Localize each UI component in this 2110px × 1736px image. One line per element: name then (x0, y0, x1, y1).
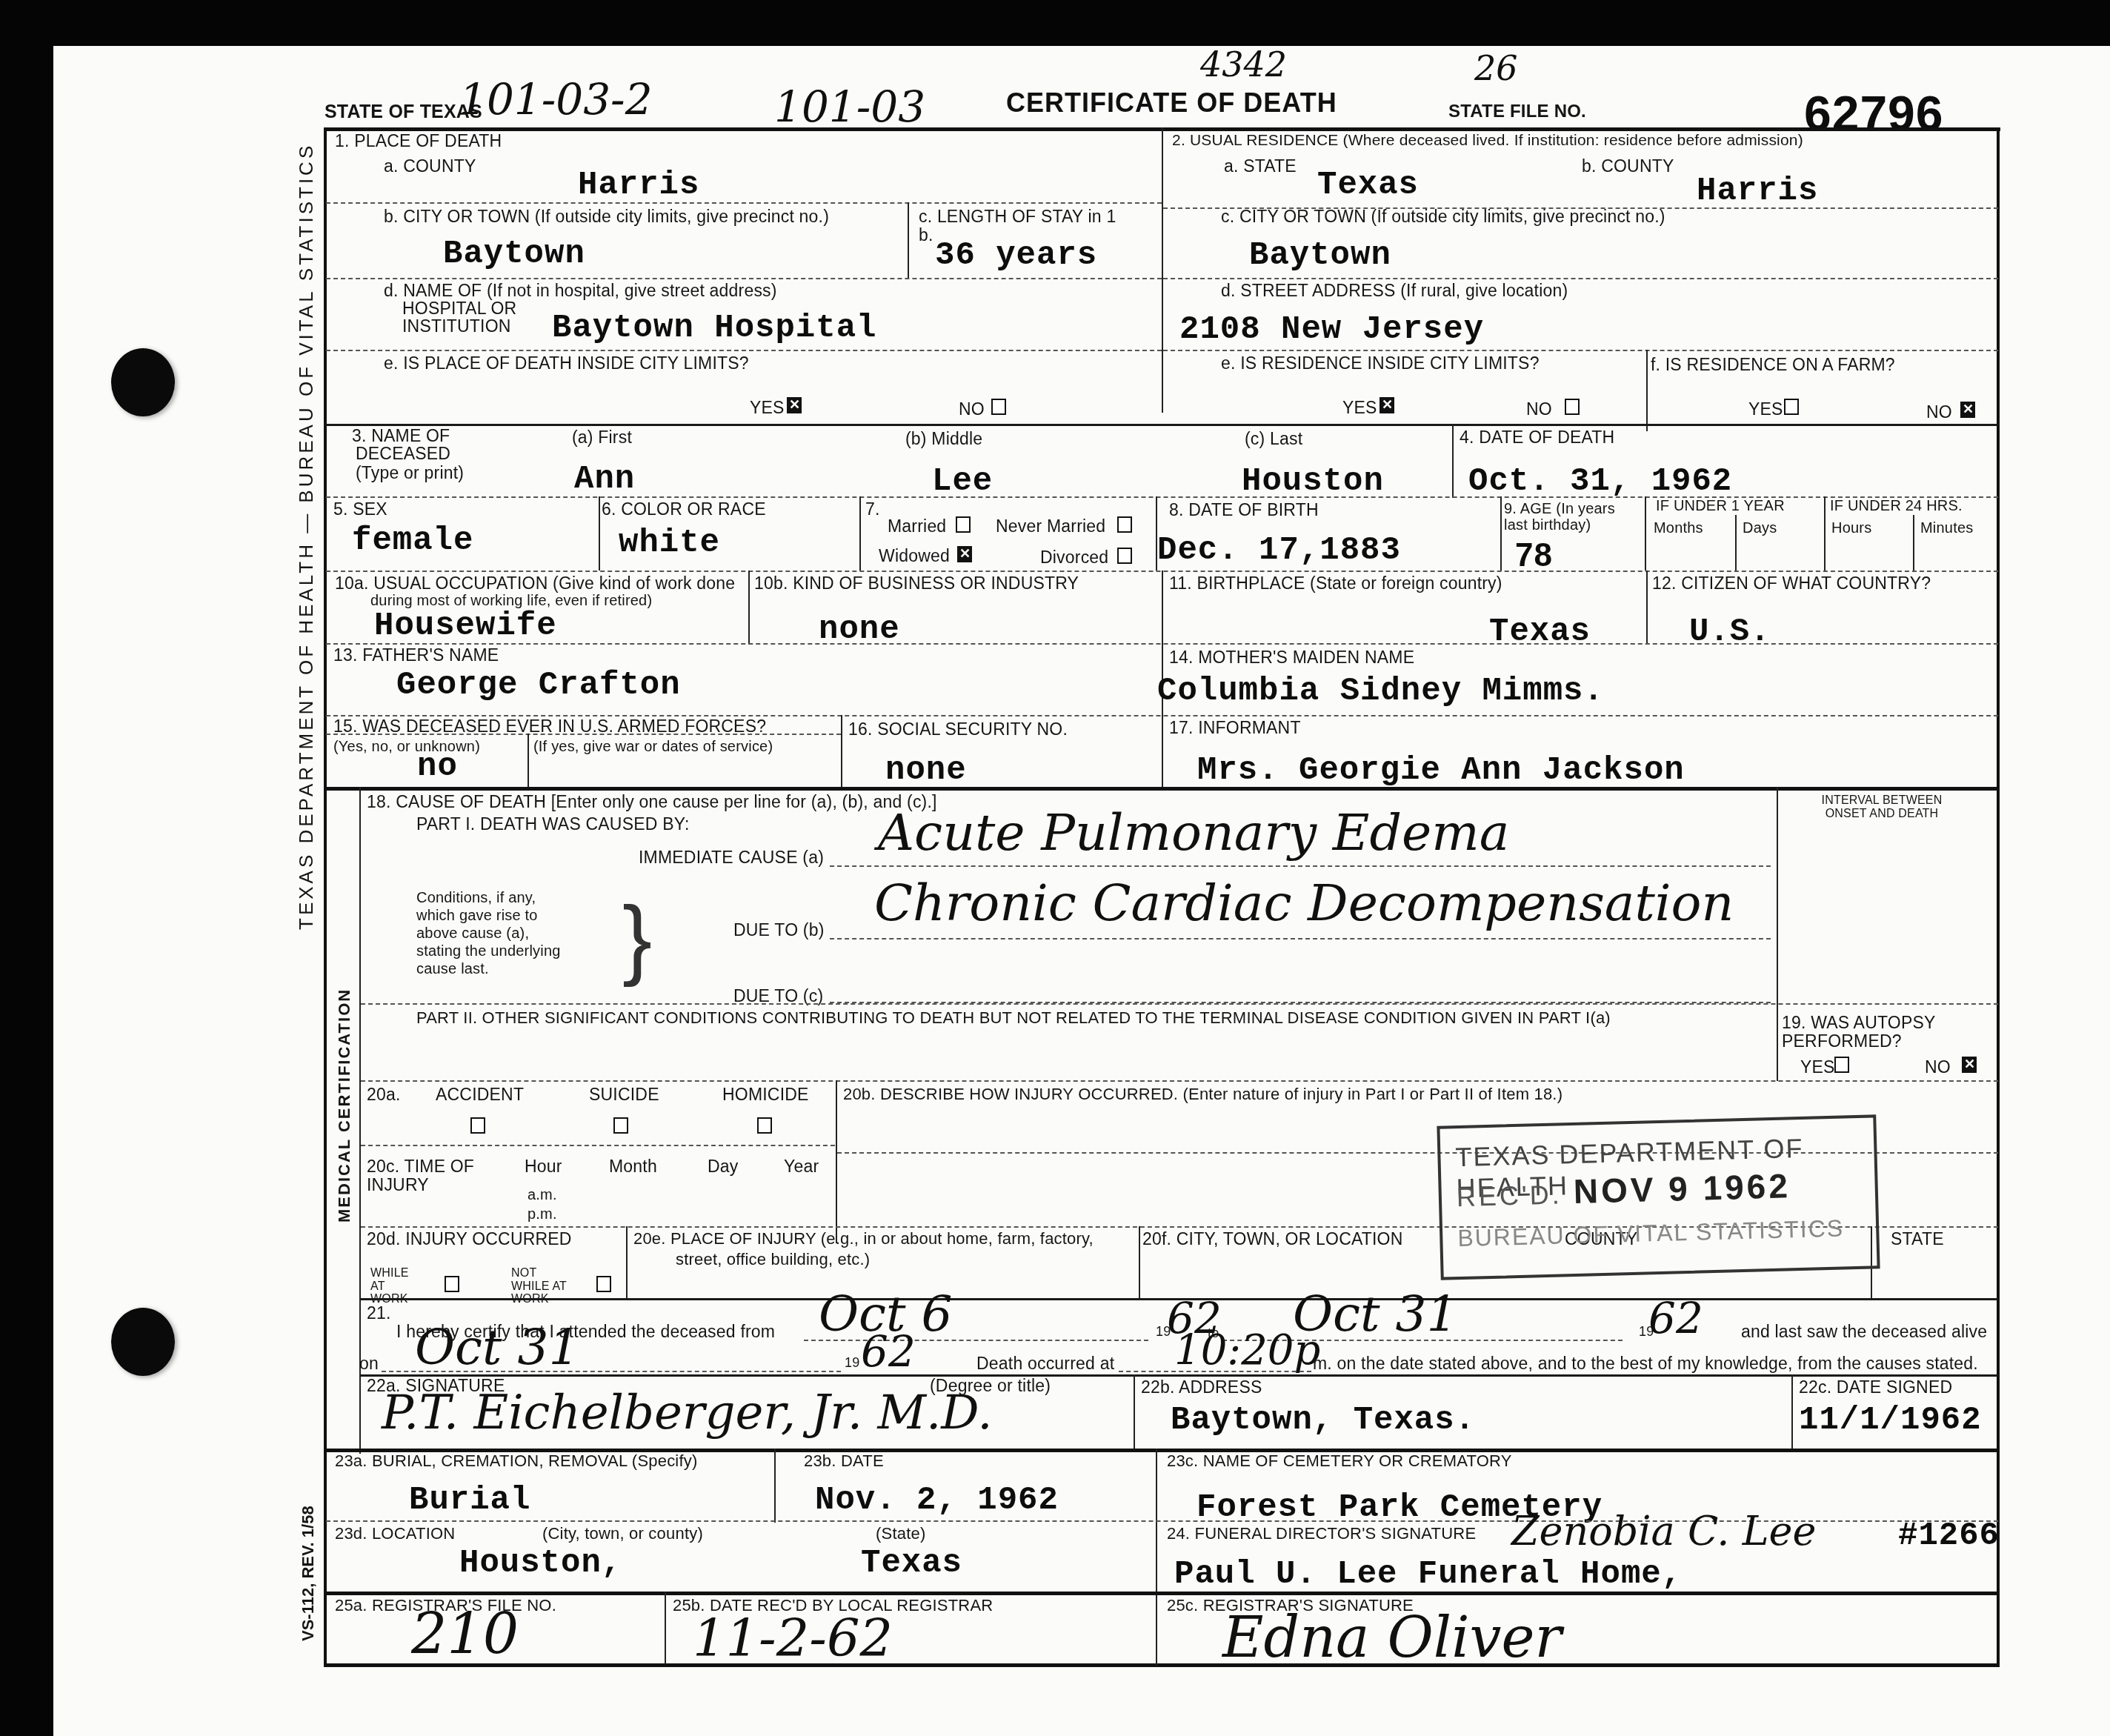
informant-label: 17. INFORMANT (1169, 719, 1301, 737)
physician-signature: P.T. Eichelberger, Jr. M.D. (382, 1386, 993, 1440)
divider (836, 1080, 837, 1243)
residence-inside-city-yes-checkbox[interactable] (1380, 397, 1394, 413)
mother-name: Columbia Sidney Mimms. (1157, 673, 1604, 710)
stamp-line-3: BUREAU OF VITAL STATISTICS (1457, 1214, 1845, 1252)
middle-name: Lee (932, 463, 993, 500)
date-of-death: Oct. 31, 1962 (1468, 463, 1732, 500)
due-to-b-label: DUE TO (b) (733, 921, 825, 939)
state-file-number: 62796 (1804, 85, 1944, 142)
frame-right (1997, 127, 2000, 1665)
autopsy-no-checkbox[interactable] (1962, 1057, 1977, 1073)
sex-label: 5. SEX (333, 500, 387, 519)
county-label: a. COUNTY (384, 157, 476, 176)
minutes-label: Minutes (1920, 520, 1973, 536)
marital-label: 7. (865, 500, 880, 519)
rule (830, 938, 1771, 939)
part-2-label: PART II. OTHER SIGNIFICANT CONDITIONS CO… (416, 1009, 1611, 1027)
funeral-director-license: #1266 (1898, 1517, 2000, 1554)
certificate-title: CERTIFICATE OF DEATH (1006, 87, 1337, 119)
place-of-injury-label: 20e. PLACE OF INJURY (e.g., in or about … (633, 1230, 1094, 1248)
armed-sub-label-2: (If yes, give war or dates of service) (533, 739, 773, 755)
length-of-stay: 36 years (935, 237, 1097, 274)
date-of-death-label: 4. DATE OF DEATH (1460, 428, 1614, 447)
widowed-label: Widowed (879, 547, 950, 565)
stamp-received-date: NOV 9 1962 (1573, 1165, 1791, 1211)
month-label: Month (609, 1157, 657, 1176)
death-occurred-label: Death occurred at (976, 1354, 1114, 1373)
occupation: Housewife (374, 608, 557, 645)
am-label: a.m. (527, 1187, 557, 1203)
divider (665, 1592, 666, 1664)
punch-hole-bottom (111, 1308, 175, 1376)
never-married-checkbox[interactable] (1117, 516, 1132, 533)
rule (326, 734, 841, 735)
under-1-year-label: IF UNDER 1 YEAR (1656, 498, 1785, 514)
residence-inside-city-yes-label: YES (1342, 399, 1377, 417)
address-label: 22b. ADDRESS (1141, 1378, 1262, 1397)
time-of-injury-label: 20c. TIME OF INJURY (367, 1157, 478, 1195)
frame-left (324, 127, 327, 1665)
mother-label: 14. MOTHER'S MAIDEN NAME (1169, 648, 1414, 667)
residence-inside-city-label: e. IS RESIDENCE INSIDE CITY LIMITS? (1221, 354, 1540, 373)
days-label: Days (1743, 520, 1777, 536)
divorced-checkbox[interactable] (1117, 548, 1132, 564)
rule (326, 278, 1162, 279)
residence-state-label: a. STATE (1224, 157, 1297, 176)
last-seen-year: 62 (861, 1326, 916, 1377)
farm-no-checkbox[interactable] (1960, 402, 1975, 418)
race-label: 6. COLOR OR RACE (602, 500, 766, 519)
occupation-label: 10a. USUAL OCCUPATION (Give kind of work… (335, 574, 735, 593)
year-label: Year (784, 1157, 819, 1176)
attended-to-year: 62 (1648, 1293, 1703, 1343)
farm-yes-checkbox[interactable] (1784, 399, 1799, 415)
describe-injury-label: 20b. DESCRIBE HOW INJURY OCCURRED. (Ente… (843, 1085, 1562, 1103)
location-sub-label: (City, town, or county) (542, 1525, 703, 1543)
first-name-label: (a) First (572, 428, 632, 447)
divider (1645, 496, 1646, 571)
hospital-name: Baytown Hospital (552, 310, 876, 347)
year-prefix-3: 19 (845, 1356, 859, 1371)
day-label: Day (708, 1157, 739, 1176)
margin-department-text: TEXAS DEPARTMENT OF HEALTH — BUREAU OF V… (295, 143, 318, 930)
hospital-label: d. NAME OF (If not in hospital, give str… (384, 282, 777, 300)
divider (1913, 515, 1914, 571)
citizenship: U.S. (1689, 613, 1771, 651)
funeral-home: Paul U. Lee Funeral Home, (1174, 1556, 1682, 1593)
certify-text-3: m. on the date stated above, and to the … (1313, 1354, 1978, 1373)
registrar-date: 11-2-62 (693, 1608, 893, 1669)
location-label: 23d. LOCATION (335, 1525, 455, 1543)
farm-yes-label: YES (1748, 400, 1783, 419)
city-label: b. CITY OR TOWN (If outside city limits,… (384, 207, 829, 226)
autopsy-label: 19. WAS AUTOPSY PERFORMED? (1782, 1014, 1989, 1051)
divider (1646, 350, 1648, 431)
informant: Mrs. Georgie Ann Jackson (1197, 752, 1685, 789)
rule (382, 1371, 841, 1372)
date-signed: 11/1/1962 (1799, 1402, 1982, 1439)
armed-sub-label-1: (Yes, no, or unknown) (333, 739, 480, 755)
age-label: 9. AGE (In years last birthday) (1504, 501, 1641, 533)
state-file-label: STATE FILE NO. (1448, 102, 1586, 122)
married-label: Married (888, 517, 946, 536)
location-state: Texas (861, 1545, 962, 1582)
farm-label: f. IS RESIDENCE ON A FARM? (1651, 356, 1895, 374)
conditions-note: Conditions, if any, which gave rise to a… (416, 889, 568, 978)
divider (774, 1449, 776, 1523)
divider (1452, 424, 1454, 498)
death-inside-city-yes-label: YES (750, 399, 785, 417)
rule (804, 1340, 1148, 1341)
physician-address: Baytown, Texas. (1171, 1402, 1475, 1439)
due-to-b: Chronic Cardiac Decompensation (874, 874, 1734, 933)
injury-20a-label: 20a. (367, 1085, 401, 1104)
rule (1163, 278, 1998, 279)
divider (1735, 515, 1737, 571)
middle-name-label: (b) Middle (905, 430, 982, 448)
injury-state-label: STATE (1891, 1230, 1944, 1248)
divider (1791, 1374, 1793, 1449)
divider-center (1162, 127, 1163, 413)
punch-hole-top (111, 348, 175, 416)
location-state-sub-label: (State) (876, 1525, 925, 1543)
rule (361, 1003, 1998, 1005)
death-inside-city-no-label: NO (959, 400, 985, 419)
divider (626, 1226, 628, 1299)
ssn: none (885, 752, 967, 789)
rule (326, 1592, 1998, 1595)
rule (361, 1145, 835, 1146)
residence-inside-city-no-checkbox[interactable] (1565, 399, 1580, 415)
occupation-label-2: during most of working life, even if ret… (370, 593, 652, 609)
rule (361, 1374, 1998, 1377)
divider (1139, 1226, 1140, 1299)
divider (908, 202, 909, 278)
name-label: 3. NAME OF (352, 427, 450, 445)
funeral-director-label: 24. FUNERAL DIRECTOR'S SIGNATURE (1167, 1525, 1476, 1543)
rule (326, 202, 1162, 204)
divider (1156, 1449, 1157, 1665)
farm-no-label: NO (1926, 403, 1952, 422)
hospital-label-3: INSTITUTION (402, 317, 511, 336)
citizen-label: 12. CITIZEN OF WHAT COUNTRY? (1652, 574, 1931, 593)
frame-bottom (324, 1663, 2000, 1667)
rule (361, 1080, 1998, 1082)
injury-city-label: 20f. CITY, TOWN, OR LOCATION (1142, 1230, 1403, 1248)
immediate-cause-label: IMMEDIATE CAUSE (a) (639, 848, 824, 867)
divorced-label: Divorced (1040, 548, 1108, 567)
not-while-at-work-checkbox[interactable] (596, 1276, 611, 1292)
burial-date-label: 23b. DATE (804, 1452, 884, 1470)
birthplace-label: 11. BIRTHPLACE (State or foreign country… (1169, 574, 1502, 593)
widowed-checkbox[interactable] (957, 546, 972, 562)
cause-label: 18. CAUSE OF DEATH [Enter only one cause… (367, 793, 937, 811)
under-24-label: IF UNDER 24 HRS. (1830, 498, 1963, 514)
date-of-birth: Dec. 17,1883 (1157, 532, 1401, 569)
residence-city: Baytown (1249, 237, 1391, 274)
street-label: d. STREET ADDRESS (If rural, give locati… (1221, 282, 1568, 300)
stamp-received-prefix: REC'D. (1456, 1179, 1562, 1213)
months-label: Months (1654, 520, 1703, 536)
form-number: VS-112, REV. 1/58 (299, 1506, 318, 1641)
autopsy-yes-checkbox[interactable] (1834, 1057, 1849, 1073)
rule (326, 424, 1998, 426)
injury-occurred-label: 20d. INJURY OCCURRED (367, 1230, 572, 1248)
residence-county-label: b. COUNTY (1582, 157, 1674, 176)
divider (841, 715, 842, 787)
residence-label: 2. USUAL RESIDENCE (Where deceased lived… (1172, 132, 1803, 149)
burial-date: Nov. 2, 1962 (815, 1482, 1059, 1519)
place-of-injury-label-2: street, office building, etc.) (676, 1251, 870, 1268)
death-city: Baytown (443, 236, 585, 273)
pm-label: p.m. (527, 1206, 557, 1223)
received-stamp: TEXAS DEPARTMENT OF HEALTH REC'D. NOV 9 … (1437, 1114, 1880, 1280)
race: white (619, 525, 720, 562)
cemetery-label: 23c. NAME OF CEMETERY OR CREMATORY (1167, 1452, 1512, 1470)
registrar-file-number: 210 (411, 1600, 519, 1666)
divider (1777, 1003, 1778, 1081)
divider (1134, 1374, 1135, 1449)
industry-label: 10b. KIND OF BUSINESS OR INDUSTRY (754, 574, 1079, 593)
divider (1500, 496, 1502, 571)
married-checkbox[interactable] (956, 516, 971, 533)
interval-label: INTERVAL BETWEEN ONSET AND DEATH (1815, 794, 1948, 820)
burial-type: Burial (409, 1482, 530, 1519)
divider (748, 571, 750, 645)
last-seen-date: Oct 31 (415, 1319, 580, 1376)
rule (326, 350, 1162, 351)
hour-label: Hour (525, 1157, 562, 1176)
sex: female (352, 522, 473, 559)
residence-street: 2108 New Jersey (1179, 311, 1484, 348)
suicide-label: SUICIDE (589, 1085, 659, 1104)
immediate-cause: Acute Pulmonary Edema (878, 804, 1509, 862)
residence-city-label: c. CITY OR TOWN (If outside city limits,… (1221, 207, 1665, 226)
divider (1162, 715, 1163, 787)
handwritten-code-1: 101-03-2 (459, 74, 653, 124)
death-time: 10:20p (1174, 1326, 1320, 1374)
date-signed-label: 22c. DATE SIGNED (1799, 1378, 1952, 1397)
handwritten-code-2: 101-03 (774, 82, 925, 132)
funeral-director-signature: Zenobia C. Lee (1511, 1508, 1816, 1554)
divider (527, 734, 529, 787)
hospital-label-2: HOSPITAL OR (402, 299, 516, 318)
death-county: Harris (578, 167, 699, 204)
rule (830, 865, 1771, 867)
homicide-checkbox[interactable] (757, 1117, 772, 1134)
divider (599, 496, 600, 571)
suicide-checkbox[interactable] (613, 1117, 628, 1134)
name-label-2: DECEASED (356, 445, 450, 463)
rule (326, 787, 1998, 791)
certify-text-2: and last saw the deceased alive (1741, 1323, 1987, 1341)
part-1-label: PART I. DEATH WAS CAUSED BY: (416, 815, 690, 834)
last-name-label: (c) Last (1245, 430, 1302, 448)
name-label-3: (Type or print) (356, 464, 464, 482)
autopsy-yes-label: YES (1800, 1058, 1835, 1077)
dob-label: 8. DATE OF BIRTH (1169, 501, 1319, 519)
margin-medical-certification: MEDICAL CERTIFICATION (335, 988, 354, 1223)
autopsy-no-label: NO (1925, 1058, 1951, 1077)
birthplace: Texas (1489, 613, 1591, 651)
homicide-label: HOMICIDE (722, 1085, 809, 1104)
residence-state: Texas (1317, 167, 1419, 204)
divider (1777, 787, 1778, 1003)
never-married-label: Never Married (996, 517, 1105, 536)
death-inside-city-no-checkbox[interactable] (991, 399, 1006, 415)
residence-inside-city-no-label: NO (1526, 400, 1552, 419)
divider (859, 496, 861, 571)
bracket: } (622, 889, 652, 987)
while-at-work-checkbox[interactable] (445, 1276, 459, 1292)
place-of-death-label: 1. PLACE OF DEATH (335, 132, 502, 150)
rule (1119, 1371, 1311, 1372)
rule (1163, 350, 1998, 351)
certification-21-label: 21. (367, 1304, 391, 1323)
ssn-label: 16. SOCIAL SECURITY NO. (848, 720, 1068, 739)
death-inside-city-label: e. IS PLACE OF DEATH INSIDE CITY LIMITS? (384, 354, 749, 373)
residence-county: Harris (1697, 173, 1818, 210)
handwritten-number-4342: 4342 (1200, 44, 1287, 84)
armed-forces: no (417, 748, 458, 785)
hours-label: Hours (1831, 520, 1871, 536)
divider (1824, 496, 1826, 571)
death-inside-city-yes-checkbox[interactable] (787, 397, 802, 413)
accident-checkbox[interactable] (470, 1117, 485, 1134)
last-name: Houston (1242, 463, 1384, 500)
divider (1646, 571, 1648, 645)
father-label: 13. FATHER'S NAME (333, 646, 499, 665)
first-name: Ann (574, 461, 635, 498)
age: 78 (1515, 537, 1553, 574)
location-city: Houston, (459, 1545, 622, 1582)
father-name: George Crafton (396, 667, 681, 704)
divider (1162, 571, 1163, 645)
on-label: on (359, 1354, 379, 1373)
handwritten-number-26: 26 (1474, 48, 1518, 88)
burial-label: 23a. BURIAL, CREMATION, REMOVAL (Specify… (335, 1452, 697, 1470)
accident-label: ACCIDENT (436, 1085, 524, 1104)
registrar-signature: Edna Oliver (1222, 1604, 1562, 1670)
